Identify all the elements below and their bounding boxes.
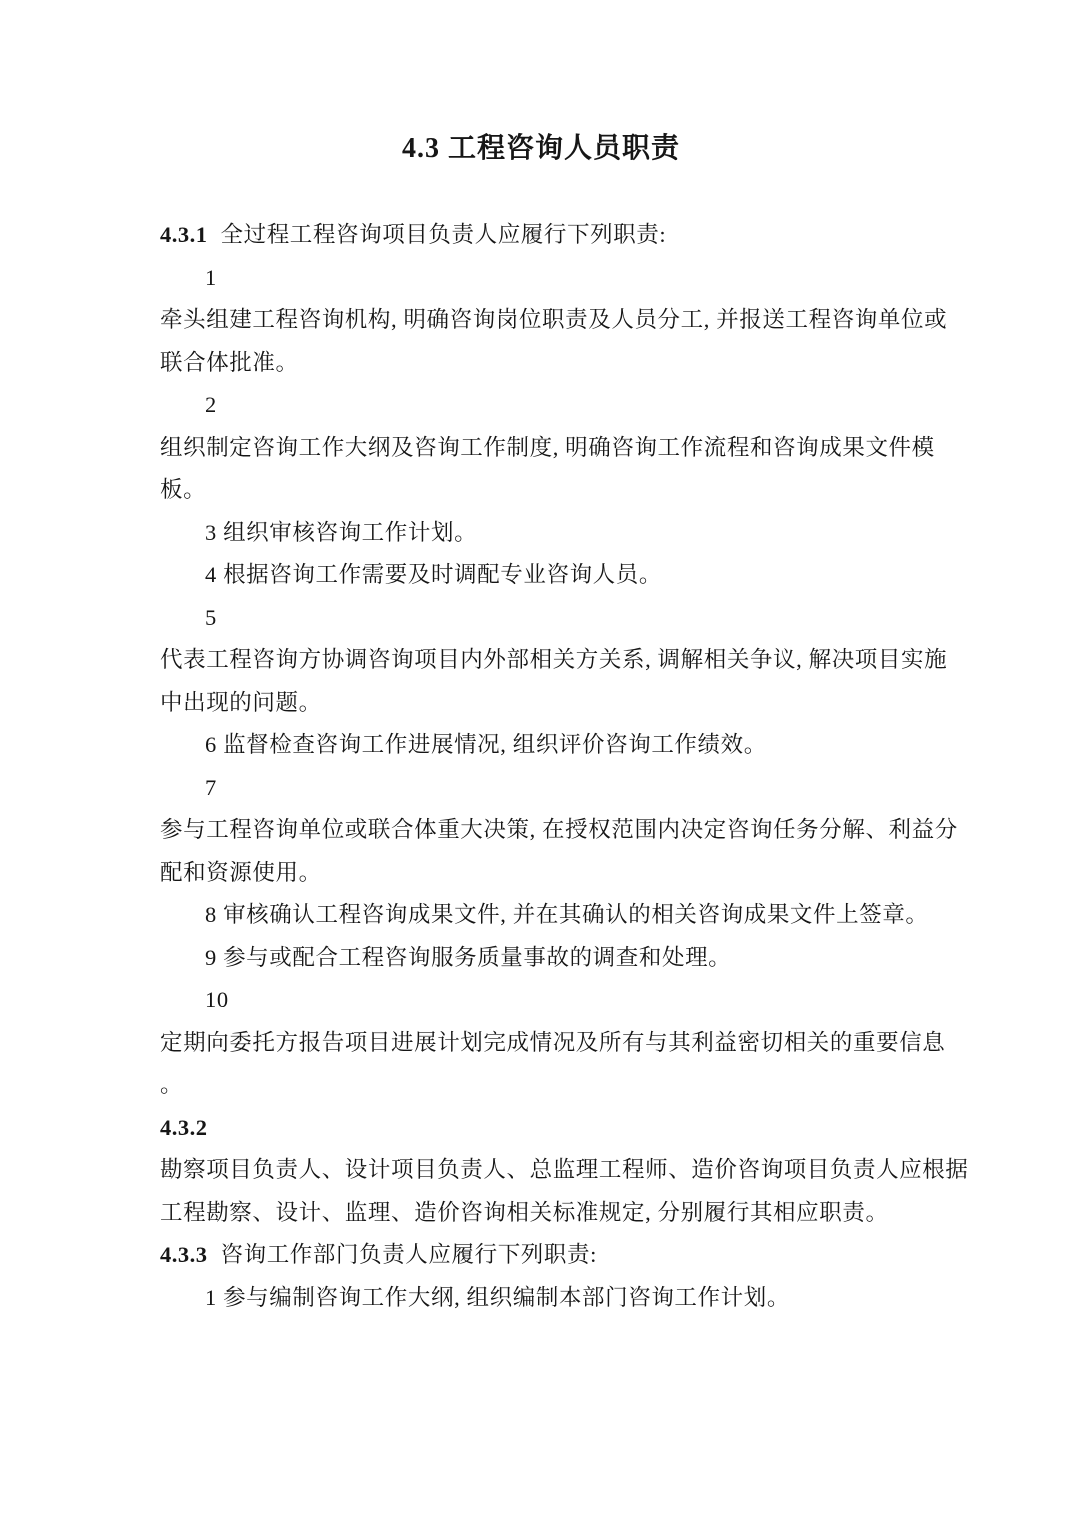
text-line: 6 监督检查咨询工作进展情况, 组织评价咨询工作绩效。 <box>160 724 922 767</box>
line-text: 1 <box>205 265 217 290</box>
text-line: 代表工程咨询方协调咨询项目内外部相关方关系, 调解相关争议, 解决项目实施 <box>160 639 922 682</box>
line-text: 2 <box>205 392 217 417</box>
text-line: 中出现的问题。 <box>160 682 922 725</box>
text-line: 10 <box>160 979 922 1022</box>
line-text: 。 <box>160 1072 183 1097</box>
text-line: 定期向委托方报告项目进展计划完成情况及所有与其利益密切相关的重要信息 <box>160 1022 922 1065</box>
line-text: 中出现的问题。 <box>160 690 322 715</box>
text-line: 板。 <box>160 469 922 512</box>
text-line: 7 <box>160 767 922 810</box>
line-text: 勘察项目负责人、设计项目负责人、总监理工程师、造价咨询项目负责人应根据 <box>160 1157 969 1182</box>
line-text: 牵头组建工程咨询机构, 明确咨询岗位职责及人员分工, 并报送工程咨询单位或 <box>160 307 947 332</box>
line-text: 9 参与或配合工程咨询服务质量事故的调查和处理。 <box>205 945 731 970</box>
text-line: 5 <box>160 597 922 640</box>
text-line: 9 参与或配合工程咨询服务质量事故的调查和处理。 <box>160 937 922 980</box>
text-line: 参与工程咨询单位或联合体重大决策, 在授权范围内决定咨询任务分解、利益分 <box>160 809 922 852</box>
document-page: 4.3 工程咨询人员职责 4.3.1全过程工程咨询项目负责人应履行下列职责:1牵… <box>0 0 1080 1527</box>
section-number: 4.3.1 <box>160 222 208 247</box>
line-text: 配和资源使用。 <box>160 860 322 885</box>
line-text: 代表工程咨询方协调咨询项目内外部相关方关系, 调解相关争议, 解决项目实施 <box>160 647 947 672</box>
text-line: 工程勘察、设计、监理、造价咨询相关标准规定, 分别履行其相应职责。 <box>160 1192 922 1235</box>
text-line: 1 参与编制咨询工作大纲, 组织编制本部门咨询工作计划。 <box>160 1277 922 1320</box>
line-text: 10 <box>205 987 229 1012</box>
text-line: 3 组织审核咨询工作计划。 <box>160 512 922 555</box>
section-line: 4.3.1全过程工程咨询项目负责人应履行下列职责: <box>160 214 922 257</box>
text-line: 2 <box>160 384 922 427</box>
section-number: 4.3.3 <box>160 1242 208 1267</box>
line-text: 工程勘察、设计、监理、造价咨询相关标准规定, 分别履行其相应职责。 <box>160 1200 889 1225</box>
text-line: 联合体批准。 <box>160 342 922 385</box>
text-line: 1 <box>160 257 922 300</box>
text-line: 组织制定咨询工作大纲及咨询工作制度, 明确咨询工作流程和咨询成果文件模 <box>160 427 922 470</box>
text-line: 牵头组建工程咨询机构, 明确咨询岗位职责及人员分工, 并报送工程咨询单位或 <box>160 299 922 342</box>
text-line: 勘察项目负责人、设计项目负责人、总监理工程师、造价咨询项目负责人应根据 <box>160 1149 922 1192</box>
section-line: 4.3.3咨询工作部门负责人应履行下列职责: <box>160 1234 922 1277</box>
line-text: 参与工程咨询单位或联合体重大决策, 在授权范围内决定咨询任务分解、利益分 <box>160 817 958 842</box>
line-text: 5 <box>205 605 217 630</box>
line-text: 6 监督检查咨询工作进展情况, 组织评价咨询工作绩效。 <box>205 732 767 757</box>
text-line: 。 <box>160 1064 922 1107</box>
document-body: 4.3.1全过程工程咨询项目负责人应履行下列职责:1牵头组建工程咨询机构, 明确… <box>160 214 922 1319</box>
line-text: 全过程工程咨询项目负责人应履行下列职责: <box>221 222 667 247</box>
text-line: 8 审核确认工程咨询成果文件, 并在其确认的相关咨询成果文件上签章。 <box>160 894 922 937</box>
text-line: 配和资源使用。 <box>160 852 922 895</box>
section-line: 4.3.2 <box>160 1107 922 1150</box>
text-line: 4 根据咨询工作需要及时调配专业咨询人员。 <box>160 554 922 597</box>
line-text: 定期向委托方报告项目进展计划完成情况及所有与其利益密切相关的重要信息 <box>160 1030 945 1055</box>
line-text: 1 参与编制咨询工作大纲, 组织编制本部门咨询工作计划。 <box>205 1285 790 1310</box>
section-number: 4.3.2 <box>160 1115 208 1140</box>
line-text: 联合体批准。 <box>160 350 299 375</box>
line-text: 7 <box>205 775 217 800</box>
line-text: 8 审核确认工程咨询成果文件, 并在其确认的相关咨询成果文件上签章。 <box>205 902 929 927</box>
line-text: 板。 <box>160 477 206 502</box>
line-text: 4 根据咨询工作需要及时调配专业咨询人员。 <box>205 562 662 587</box>
line-text: 组织制定咨询工作大纲及咨询工作制度, 明确咨询工作流程和咨询成果文件模 <box>160 435 935 460</box>
line-text: 咨询工作部门负责人应履行下列职责: <box>221 1242 597 1267</box>
line-text: 3 组织审核咨询工作计划。 <box>205 520 477 545</box>
section-title: 4.3 工程咨询人员职责 <box>160 130 922 168</box>
